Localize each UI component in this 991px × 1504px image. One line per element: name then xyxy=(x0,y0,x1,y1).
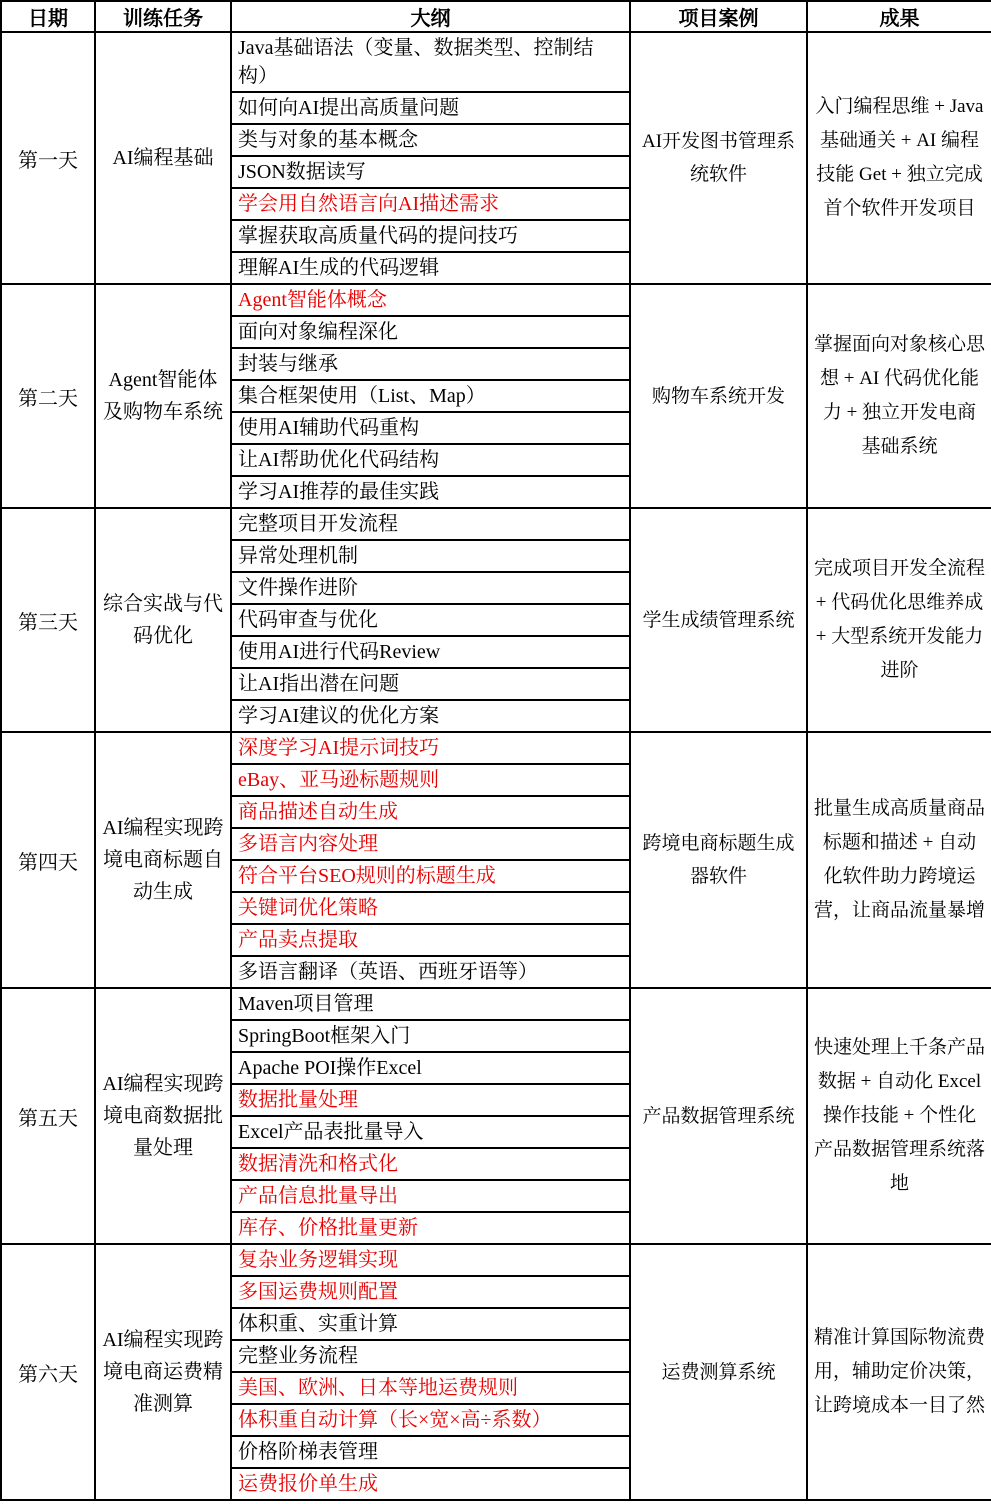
outline-item-cell: 封装与继承 xyxy=(231,348,630,380)
result-cell: 入门编程思维 + Java 基础通关 + AI 编程技能 Get + 独立完成首… xyxy=(807,32,991,284)
outline-item-cell: 体积重自动计算（长×宽×高÷系数） xyxy=(231,1404,630,1436)
outline-item-cell: Excel产品表批量导入 xyxy=(231,1116,630,1148)
outline-item-cell: 价格阶梯表管理 xyxy=(231,1436,630,1468)
outline-item-cell: 产品卖点提取 xyxy=(231,924,630,956)
outline-item-cell: 类与对象的基本概念 xyxy=(231,124,630,156)
date-cell: 第六天 xyxy=(1,1244,95,1500)
project-cell: 购物车系统开发 xyxy=(630,284,807,508)
result-cell: 掌握面向对象核心思想 + AI 代码优化能力 + 独立开发电商基础系统 xyxy=(807,284,991,508)
table-row: 第六天AI编程实现跨境电商运费精准测算复杂业务逻辑实现运费测算系统精准计算国际物… xyxy=(1,1244,991,1276)
outline-item-cell: 库存、价格批量更新 xyxy=(231,1212,630,1244)
header-row: 日期 训练任务 大纲 项目案例 成果 xyxy=(1,1,991,32)
date-cell: 第一天 xyxy=(1,32,95,284)
training-schedule-table: 日期 训练任务 大纲 项目案例 成果 第一天AI编程基础Java基础语法（变量、… xyxy=(0,0,991,1501)
outline-item-cell: JSON数据读写 xyxy=(231,156,630,188)
task-cell: AI编程实现跨境电商运费精准测算 xyxy=(95,1244,231,1500)
header-cell-project: 项目案例 xyxy=(630,1,807,32)
date-cell: 第三天 xyxy=(1,508,95,732)
task-cell: Agent智能体及购物车系统 xyxy=(95,284,231,508)
table-row: 第二天Agent智能体及购物车系统Agent智能体概念购物车系统开发掌握面向对象… xyxy=(1,284,991,316)
table-row: 第四天AI编程实现跨境电商标题自动生成深度学习AI提示词技巧跨境电商标题生成器软… xyxy=(1,732,991,764)
outline-item-cell: 体积重、实重计算 xyxy=(231,1308,630,1340)
outline-item-cell: 使用AI辅助代码重构 xyxy=(231,412,630,444)
date-cell: 第二天 xyxy=(1,284,95,508)
outline-item-cell: 文件操作进阶 xyxy=(231,572,630,604)
outline-item-cell: 完整项目开发流程 xyxy=(231,508,630,540)
outline-item-cell: eBay、亚马逊标题规则 xyxy=(231,764,630,796)
table-row: 第三天综合实战与代码优化完整项目开发流程学生成绩管理系统完成项目开发全流程 + … xyxy=(1,508,991,540)
result-cell: 完成项目开发全流程 + 代码优化思维养成 + 大型系统开发能力进阶 xyxy=(807,508,991,732)
outline-item-cell: 让AI指出潜在问题 xyxy=(231,668,630,700)
outline-item-cell: 学习AI建议的优化方案 xyxy=(231,700,630,732)
outline-item-cell: 让AI帮助优化代码结构 xyxy=(231,444,630,476)
outline-item-cell: 学会用自然语言向AI描述需求 xyxy=(231,188,630,220)
outline-item-cell: 完整业务流程 xyxy=(231,1340,630,1372)
outline-item-cell: 符合平台SEO规则的标题生成 xyxy=(231,860,630,892)
outline-item-cell: 集合框架使用（List、Map） xyxy=(231,380,630,412)
project-cell: 学生成绩管理系统 xyxy=(630,508,807,732)
outline-item-cell: 关键词优化策略 xyxy=(231,892,630,924)
task-cell: AI编程实现跨境电商标题自动生成 xyxy=(95,732,231,988)
outline-item-cell: Java基础语法（变量、数据类型、控制结构） xyxy=(231,32,630,92)
outline-item-cell: 学习AI推荐的最佳实践 xyxy=(231,476,630,508)
outline-item-cell: 多语言翻译（英语、西班牙语等） xyxy=(231,956,630,988)
task-cell: 综合实战与代码优化 xyxy=(95,508,231,732)
outline-item-cell: 产品信息批量导出 xyxy=(231,1180,630,1212)
task-cell: AI编程基础 xyxy=(95,32,231,284)
outline-item-cell: SpringBoot框架入门 xyxy=(231,1020,630,1052)
outline-item-cell: 美国、欧洲、日本等地运费规则 xyxy=(231,1372,630,1404)
page: 日期 训练任务 大纲 项目案例 成果 第一天AI编程基础Java基础语法（变量、… xyxy=(0,0,991,1504)
schedule-body: 第一天AI编程基础Java基础语法（变量、数据类型、控制结构）AI开发图书管理系… xyxy=(1,32,991,1500)
outline-item-cell: 掌握获取高质量代码的提问技巧 xyxy=(231,220,630,252)
table-row: 第五天AI编程实现跨境电商数据批量处理Maven项目管理产品数据管理系统快速处理… xyxy=(1,988,991,1020)
outline-item-cell: 数据清洗和格式化 xyxy=(231,1148,630,1180)
project-cell: 跨境电商标题生成器软件 xyxy=(630,732,807,988)
date-cell: 第五天 xyxy=(1,988,95,1244)
result-cell: 精准计算国际物流费用，辅助定价决策，让跨境成本一目了然 xyxy=(807,1244,991,1500)
outline-item-cell: 深度学习AI提示词技巧 xyxy=(231,732,630,764)
outline-item-cell: 复杂业务逻辑实现 xyxy=(231,1244,630,1276)
outline-item-cell: 异常处理机制 xyxy=(231,540,630,572)
project-cell: 运费测算系统 xyxy=(630,1244,807,1500)
outline-item-cell: Agent智能体概念 xyxy=(231,284,630,316)
header-cell-outline: 大纲 xyxy=(231,1,630,32)
outline-item-cell: 理解AI生成的代码逻辑 xyxy=(231,252,630,284)
outline-item-cell: 多国运费规则配置 xyxy=(231,1276,630,1308)
outline-item-cell: 代码审查与优化 xyxy=(231,604,630,636)
table-row: 第一天AI编程基础Java基础语法（变量、数据类型、控制结构）AI开发图书管理系… xyxy=(1,32,991,92)
outline-item-cell: 商品描述自动生成 xyxy=(231,796,630,828)
result-cell: 快速处理上千条产品数据 + 自动化 Excel 操作技能 + 个性化产品数据管理… xyxy=(807,988,991,1244)
outline-item-cell: 数据批量处理 xyxy=(231,1084,630,1116)
date-cell: 第四天 xyxy=(1,732,95,988)
outline-item-cell: 运费报价单生成 xyxy=(231,1468,630,1500)
outline-item-cell: 多语言内容处理 xyxy=(231,828,630,860)
project-cell: AI开发图书管理系统软件 xyxy=(630,32,807,284)
project-cell: 产品数据管理系统 xyxy=(630,988,807,1244)
outline-item-cell: 面向对象编程深化 xyxy=(231,316,630,348)
outline-item-cell: Apache POI操作Excel xyxy=(231,1052,630,1084)
outline-item-cell: 使用AI进行代码Review xyxy=(231,636,630,668)
result-cell: 批量生成高质量商品标题和描述 + 自动化软件助力跨境运营，让商品流量暴增 xyxy=(807,732,991,988)
task-cell: AI编程实现跨境电商数据批量处理 xyxy=(95,988,231,1244)
outline-item-cell: 如何向AI提出高质量问题 xyxy=(231,92,630,124)
header-cell-task: 训练任务 xyxy=(95,1,231,32)
header-cell-result: 成果 xyxy=(807,1,991,32)
header-cell-date: 日期 xyxy=(1,1,95,32)
outline-item-cell: Maven项目管理 xyxy=(231,988,630,1020)
